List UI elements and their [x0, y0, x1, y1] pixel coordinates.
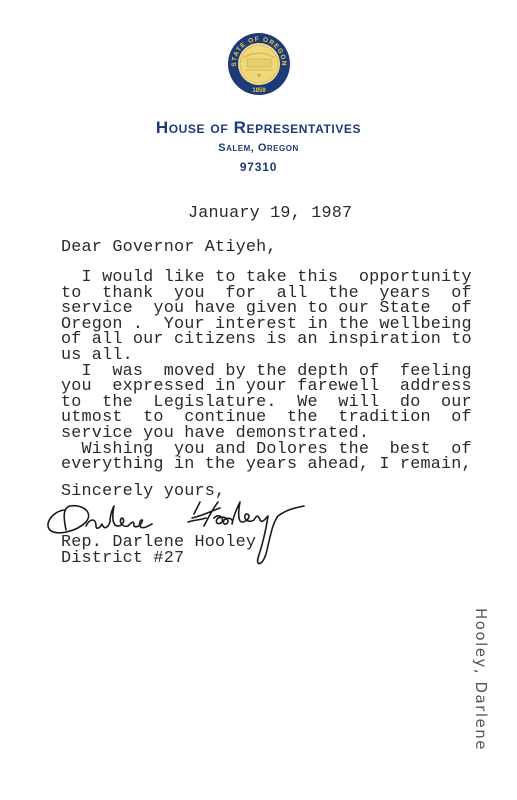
- letterhead-zip: 97310: [0, 160, 517, 174]
- letterhead-city: Salem, Oregon: [0, 142, 517, 154]
- letterhead-title: House of Representatives: [0, 118, 517, 138]
- state-of-oregon-seal: STATE OF OREGON 1859: [227, 32, 291, 96]
- signer-district: District #27: [61, 551, 184, 567]
- letter-body: I would like to take this opportunityto …: [61, 270, 472, 473]
- body-line: everything in the years ahead, I remain,: [61, 457, 472, 473]
- handwritten-margin-note: Hooley, Darlene: [472, 608, 490, 751]
- letter-date: January 19, 1987: [188, 206, 352, 222]
- seal-year: 1859: [252, 88, 266, 94]
- salutation: Dear Governor Atiyeh,: [61, 240, 277, 256]
